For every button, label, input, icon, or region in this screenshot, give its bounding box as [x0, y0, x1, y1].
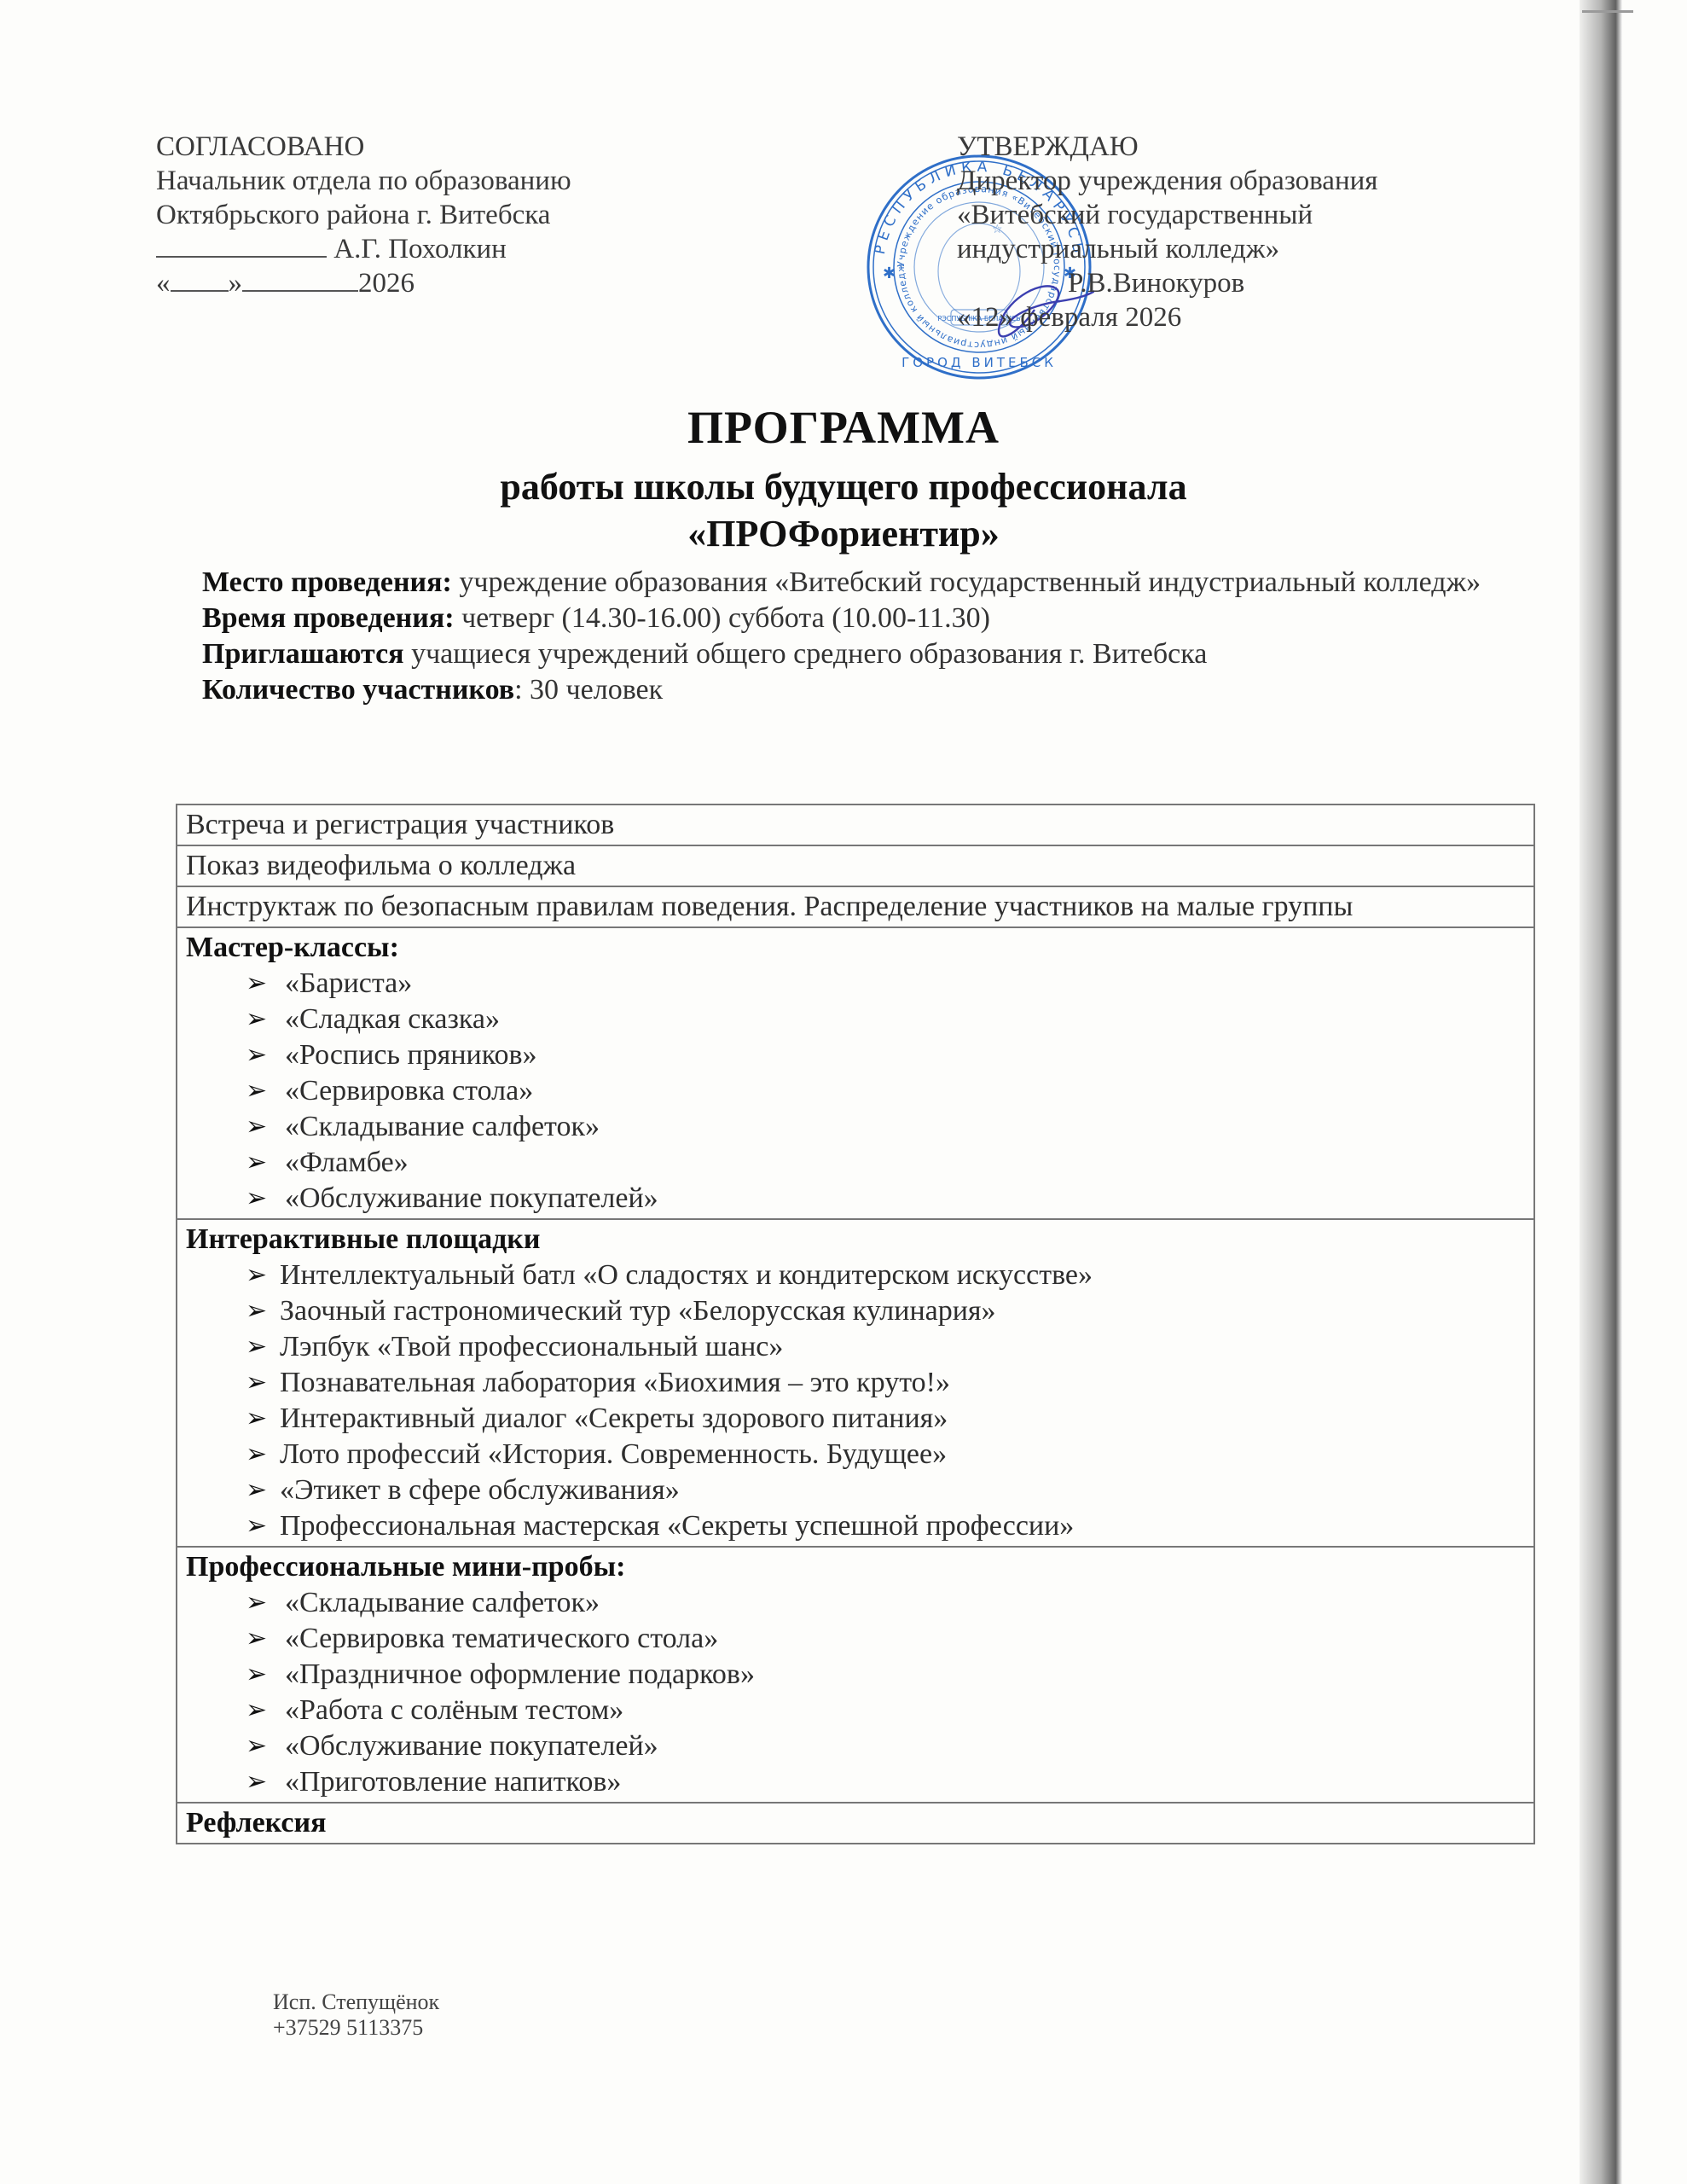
- arrow-bullet-icon: ➢: [246, 1693, 267, 1728]
- briefing-cell: Инструктаж по безопасным правилам поведе…: [177, 886, 1534, 927]
- list-item: ➢«Обслуживание покупателей»: [246, 1728, 1527, 1764]
- master-classes-heading: Мастер-классы:: [186, 930, 1527, 966]
- list-item: ➢ «Бариста»: [246, 966, 1527, 1002]
- list-item: ➢Профессиональная мастерская «Секреты ус…: [246, 1508, 1527, 1544]
- date-close-quote: »: [229, 268, 243, 299]
- list-item-text: Заочный гастрономический тур «Белорусска…: [280, 1295, 996, 1327]
- venue-label: Место проведения:: [202, 566, 452, 598]
- scan-edge-shadow: [1580, 0, 1622, 2184]
- table-row: Показ видеофильма о колледжа: [177, 845, 1534, 886]
- table-row: Интерактивные площадки ➢Интеллектуальный…: [177, 1219, 1534, 1547]
- list-item-text: Познавательная лаборатория «Биохимия – э…: [280, 1367, 950, 1398]
- arrow-bullet-icon: ➢: [246, 1258, 267, 1293]
- approval-agreed-block: СОГЛАСОВАНО Начальник отдела по образова…: [156, 130, 571, 300]
- venue-line: Место проведения: учреждение образования…: [202, 565, 1499, 601]
- list-item-text: «Складывание салфеток»: [285, 1111, 600, 1142]
- list-item: ➢Интеллектуальный батл «О сладостях и ко…: [246, 1258, 1527, 1293]
- table-row: Мастер-классы: ➢ «Бариста»➢«Сладкая сказ…: [177, 927, 1534, 1219]
- approval-agreed-year: 2026: [358, 268, 415, 299]
- participants-line: Количество участников: 30 человек: [202, 672, 1499, 708]
- list-item-text: Лэпбук «Твой профессиональный шанс»: [280, 1331, 783, 1362]
- list-item: ➢«Складывание салфеток»: [246, 1109, 1527, 1145]
- approval-agreed-position: Начальник отдела по образованию: [156, 164, 571, 198]
- table-row: Рефлексия: [177, 1803, 1534, 1844]
- arrow-bullet-icon: ➢: [246, 1329, 267, 1365]
- approval-agreed-date-line: «»2026: [156, 266, 571, 300]
- list-item-text: «Работа с солёным тестом»: [285, 1694, 623, 1726]
- list-item-text: Интерактивный диалог «Секреты здорового …: [280, 1403, 948, 1434]
- list-item: ➢«Роспись пряников»: [246, 1037, 1527, 1073]
- stamp-bottom-text: ГОРОД ВИТЕБСК: [901, 355, 1057, 370]
- arrow-bullet-icon: ➢: [246, 1073, 267, 1109]
- approval-approved-date: «12» февраля 2026: [957, 300, 1377, 334]
- list-item: ➢«Фламбе»: [246, 1145, 1527, 1181]
- master-classes-cell: Мастер-классы: ➢ «Бариста»➢«Сладкая сказ…: [177, 927, 1534, 1219]
- list-item: ➢«Обслуживание покупателей»: [246, 1181, 1527, 1217]
- list-item: ➢«Сервировка стола»: [246, 1073, 1527, 1109]
- list-item-text: «Роспись пряников»: [285, 1039, 537, 1071]
- arrow-bullet-icon: ➢: [246, 1437, 267, 1472]
- list-item-text: «Фламбе»: [285, 1147, 409, 1178]
- reflection-cell: Рефлексия: [177, 1803, 1534, 1844]
- program-table: Встреча и регистрация участников Показ в…: [176, 804, 1535, 1844]
- arrow-bullet-icon: ➢: [246, 1181, 267, 1217]
- list-item: ➢«Праздничное оформление подарков»: [246, 1657, 1527, 1693]
- table-row: Встреча и регистрация участников: [177, 804, 1534, 845]
- approval-approved-heading: УТВЕРЖДАЮ: [957, 130, 1377, 164]
- date-open-quote: «: [156, 268, 171, 299]
- list-item: ➢Лэпбук «Твой профессиональный шанс»: [246, 1329, 1527, 1365]
- arrow-bullet-icon: ➢: [246, 1109, 267, 1145]
- table-row: Профессиональные мини-пробы: ➢ «Складыва…: [177, 1547, 1534, 1803]
- arrow-bullet-icon: ➢: [246, 1764, 267, 1800]
- list-item-text: Лото профессий «История. Современность. …: [280, 1438, 947, 1470]
- arrow-bullet-icon: ➢: [246, 1037, 267, 1073]
- day-blank: [171, 288, 229, 292]
- arrow-bullet-icon: ➢: [246, 1002, 267, 1037]
- list-item: ➢Лото профессий «История. Современность.…: [246, 1437, 1527, 1472]
- master-classes-list: ➢ «Бариста»➢«Сладкая сказка»➢«Роспись пр…: [186, 966, 1527, 1217]
- mini-trials-cell: Профессиональные мини-пробы: ➢ «Складыва…: [177, 1547, 1534, 1803]
- participants-value: : 30 человек: [514, 674, 663, 706]
- arrow-bullet-icon: ➢: [246, 1657, 267, 1693]
- executor-info: Исп. Степущёнок +37529 5113375: [273, 1989, 439, 2041]
- approval-approved-signature-line: Р.В.Винокуров: [957, 266, 1377, 300]
- list-item: ➢«Работа с солёным тестом»: [246, 1693, 1527, 1728]
- list-item-text: «Сладкая сказка»: [285, 1003, 500, 1035]
- month-blank: [242, 288, 358, 292]
- time-value: четверг (14.30-16.00) суббота (10.00-11.…: [455, 602, 990, 634]
- list-item-text: «Обслуживание покупателей»: [285, 1182, 658, 1214]
- approval-approved-signatory: Р.В.Винокуров: [1068, 268, 1244, 299]
- list-item-text: «Сервировка стола»: [285, 1075, 533, 1107]
- list-item: ➢«Сервировка тематического стола»: [246, 1621, 1527, 1657]
- interactive-heading: Интерактивные площадки: [186, 1222, 1527, 1258]
- event-details: Место проведения: учреждение образования…: [202, 565, 1499, 708]
- executor-phone: +37529 5113375: [273, 2015, 439, 2041]
- document-title: ПРОГРАММА: [0, 401, 1687, 454]
- time-line: Время проведения: четверг (14.30-16.00) …: [202, 601, 1499, 636]
- list-item-text: «Праздничное оформление подарков»: [285, 1658, 755, 1690]
- registration-cell: Встреча и регистрация участников: [177, 804, 1534, 845]
- list-item-text: «Складывание салфеток»: [285, 1587, 600, 1618]
- invited-label: Приглашаются: [202, 638, 404, 670]
- approval-agreed-heading: СОГЛАСОВАНО: [156, 130, 571, 164]
- arrow-bullet-icon: ➢: [246, 1585, 267, 1621]
- arrow-bullet-icon: ➢: [246, 1728, 267, 1764]
- arrow-bullet-icon: ➢: [246, 1508, 267, 1544]
- interactive-list: ➢Интеллектуальный батл «О сладостях и ко…: [186, 1258, 1527, 1544]
- list-item: ➢Познавательная лаборатория «Биохимия – …: [246, 1365, 1527, 1401]
- list-item: ➢Интерактивный диалог «Секреты здорового…: [246, 1401, 1527, 1437]
- arrow-bullet-icon: ➢: [246, 1401, 267, 1437]
- arrow-bullet-icon: ➢: [246, 1365, 267, 1401]
- mini-trials-list: ➢ «Складывание салфеток»➢«Сервировка тем…: [186, 1585, 1527, 1800]
- list-item-text: «Этикет в сфере обслуживания»: [280, 1474, 680, 1506]
- invited-line: Приглашаются учащиеся учреждений общего …: [202, 636, 1499, 672]
- approval-approved-position: Директор учреждения образования: [957, 164, 1377, 198]
- invited-value: учащиеся учреждений общего среднего обра…: [404, 638, 1208, 670]
- mini-trials-heading: Профессиональные мини-пробы:: [186, 1549, 1527, 1585]
- table-row: Инструктаж по безопасным правилам поведе…: [177, 886, 1534, 927]
- approval-approved-org-line1: «Витебский государственный: [957, 198, 1377, 232]
- approval-approved-block: УТВЕРЖДАЮ Директор учреждения образовани…: [957, 130, 1377, 334]
- list-item-text: «Приготовление напитков»: [285, 1766, 621, 1798]
- interactive-cell: Интерактивные площадки ➢Интеллектуальный…: [177, 1219, 1534, 1547]
- stamp-star-left-icon: ✱: [883, 264, 896, 282]
- program-name: «ПРОФориентир»: [0, 512, 1687, 555]
- arrow-bullet-icon: ➢: [246, 1145, 267, 1181]
- list-item: ➢«Сладкая сказка»: [246, 1002, 1527, 1037]
- arrow-bullet-icon: ➢: [246, 1293, 267, 1329]
- approval-agreed-signature-line: А.Г. Похолкин: [156, 232, 571, 266]
- venue-value: учреждение образования «Витебский госуда…: [452, 566, 1481, 598]
- arrow-bullet-icon: ➢: [246, 966, 267, 1002]
- list-item-text: «Сервировка тематического стола»: [285, 1623, 718, 1654]
- list-item: ➢Заочный гастрономический тур «Белорусск…: [246, 1293, 1527, 1329]
- approval-agreed-signatory: А.Г. Похолкин: [333, 234, 507, 264]
- scan-edge-mark: [1582, 10, 1633, 13]
- list-item-text: Интеллектуальный батл «О сладостях и кон…: [280, 1259, 1093, 1291]
- list-item-text: «Обслуживание покупателей»: [285, 1730, 658, 1762]
- video-cell: Показ видеофильма о колледжа: [177, 845, 1534, 886]
- signature-blank: [156, 254, 327, 258]
- list-item: ➢«Приготовление напитков»: [246, 1764, 1527, 1800]
- list-item-text: Профессиональная мастерская «Секреты усп…: [280, 1510, 1074, 1542]
- time-label: Время проведения:: [202, 602, 455, 634]
- approval-approved-org-line2: индустриальный колледж»: [957, 232, 1377, 266]
- list-item: ➢ «Складывание салфеток»: [246, 1585, 1527, 1621]
- participants-label: Количество участников: [202, 674, 514, 706]
- arrow-bullet-icon: ➢: [246, 1621, 267, 1657]
- list-item: ➢«Этикет в сфере обслуживания»: [246, 1472, 1527, 1508]
- arrow-bullet-icon: ➢: [246, 1472, 267, 1508]
- document-subtitle: работы школы будущего профессионала: [0, 465, 1687, 508]
- approval-agreed-district: Октябрьского района г. Витебска: [156, 198, 571, 232]
- executor-name: Исп. Степущёнок: [273, 1989, 439, 2015]
- list-item-text: «Бариста»: [285, 967, 412, 999]
